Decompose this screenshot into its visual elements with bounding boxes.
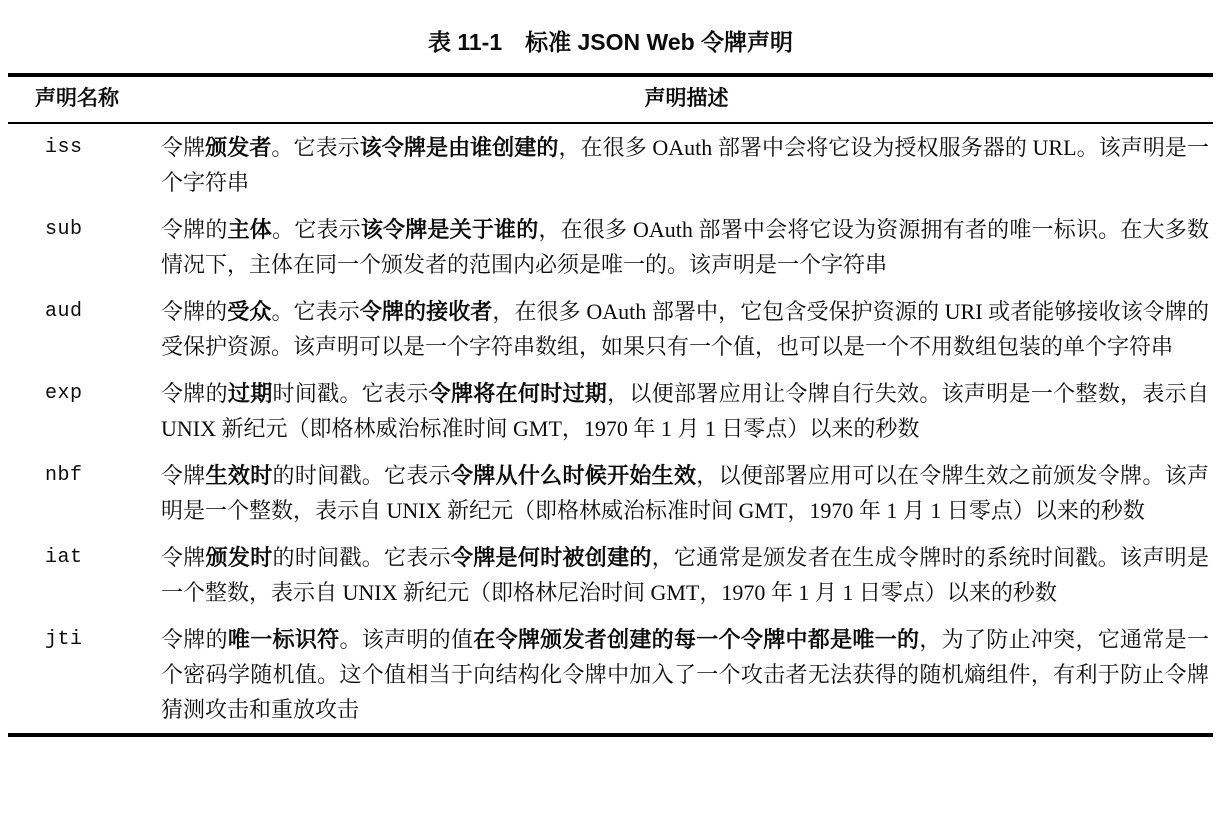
claim-desc-cell: 令牌的主体。它表示该令牌是关于谁的，在很多 OAuth 部署中会将它设为资源拥有… — [160, 206, 1213, 288]
desc-segment: 颁发者 — [205, 135, 271, 160]
claim-name-cell: iss — [8, 123, 160, 206]
header-claim-desc: 声明描述 — [160, 75, 1213, 123]
table-row: aud令牌的受众。它表示令牌的接收者，在很多 OAuth 部署中，它包含受保护资… — [8, 288, 1213, 370]
desc-segment: 。它表示 — [271, 135, 359, 160]
claim-desc-cell: 令牌颁发者。它表示该令牌是由谁创建的，在很多 OAuth 部署中会将它设为授权服… — [160, 123, 1213, 206]
desc-segment: 令牌的 — [161, 627, 228, 652]
desc-segment: 唯一标识符 — [228, 627, 340, 652]
claim-name-cell: sub — [8, 206, 160, 288]
desc-segment: 令牌从什么时候开始生效 — [451, 463, 696, 488]
table-row: jti令牌的唯一标识符。该声明的值在令牌颁发者创建的每一个令牌中都是唯一的，为了… — [8, 616, 1213, 735]
desc-segment: 令牌的 — [161, 381, 228, 406]
table-body: iss令牌颁发者。它表示该令牌是由谁创建的，在很多 OAuth 部署中会将它设为… — [8, 123, 1213, 735]
table-row: sub令牌的主体。它表示该令牌是关于谁的，在很多 OAuth 部署中会将它设为资… — [8, 206, 1213, 288]
desc-segment: 令牌的 — [161, 217, 228, 242]
desc-segment: 在令牌颁发者创建的每一个令牌中都是唯一的 — [473, 627, 919, 652]
claim-name-cell: nbf — [8, 452, 160, 534]
desc-segment: 。它表示 — [271, 299, 359, 324]
claim-desc-cell: 令牌颁发时的时间戳。它表示令牌是何时被创建的，它通常是颁发者在生成令牌时的系统时… — [160, 534, 1213, 616]
desc-segment: 生效时 — [206, 463, 273, 488]
header-claim-name: 声明名称 — [8, 75, 160, 123]
table-caption: 表 11-1 标准 JSON Web 令牌声明 — [0, 0, 1221, 57]
table-row: nbf令牌生效时的时间戳。它表示令牌从什么时候开始生效，以便部署应用可以在令牌生… — [8, 452, 1213, 534]
desc-segment: 颁发时 — [206, 545, 273, 570]
desc-segment: 受众 — [227, 299, 271, 324]
claim-desc-cell: 令牌的过期时间戳。它表示令牌将在何时过期，以便部署应用让令牌自行失效。该声明是一… — [160, 370, 1213, 452]
table-row: iss令牌颁发者。它表示该令牌是由谁创建的，在很多 OAuth 部署中会将它设为… — [8, 123, 1213, 206]
table-row: exp令牌的过期时间戳。它表示令牌将在何时过期，以便部署应用让令牌自行失效。该声… — [8, 370, 1213, 452]
desc-segment: 。该声明的值 — [339, 627, 473, 652]
claim-desc-cell: 令牌的受众。它表示令牌的接收者，在很多 OAuth 部署中，它包含受保护资源的 … — [160, 288, 1213, 370]
jwt-claims-table: 声明名称 声明描述 iss令牌颁发者。它表示该令牌是由谁创建的，在很多 OAut… — [8, 73, 1213, 737]
desc-segment: 的时间戳。它表示 — [273, 545, 451, 570]
book-page: 表 11-1 标准 JSON Web 令牌声明 声明名称 声明描述 iss令牌颁… — [0, 0, 1221, 824]
header-row: 声明名称 声明描述 — [8, 75, 1213, 123]
claim-desc-cell: 令牌生效时的时间戳。它表示令牌从什么时候开始生效，以便部署应用可以在令牌生效之前… — [160, 452, 1213, 534]
claim-name-cell: iat — [8, 534, 160, 616]
desc-segment: 令牌的接收者 — [360, 299, 493, 324]
desc-segment: 。它表示 — [272, 217, 361, 242]
desc-segment: 的时间戳。它表示 — [273, 463, 451, 488]
claim-name-cell: jti — [8, 616, 160, 735]
desc-segment: 该令牌是由谁创建的 — [360, 135, 559, 160]
claim-name-cell: exp — [8, 370, 160, 452]
claim-name-cell: aud — [8, 288, 160, 370]
desc-segment: 时间戳。它表示 — [273, 381, 429, 406]
claim-desc-cell: 令牌的唯一标识符。该声明的值在令牌颁发者创建的每一个令牌中都是唯一的，为了防止冲… — [160, 616, 1213, 735]
desc-segment: 令牌 — [161, 463, 206, 488]
desc-segment: 令牌是何时被创建的 — [451, 545, 652, 570]
desc-segment: 令牌将在何时过期 — [429, 381, 607, 406]
desc-segment: 令牌 — [161, 545, 206, 570]
desc-segment: 令牌 — [161, 135, 205, 160]
desc-segment: 令牌的 — [161, 299, 227, 324]
desc-segment: 主体 — [228, 217, 272, 242]
desc-segment: 该令牌是关于谁的 — [361, 217, 539, 242]
table-row: iat令牌颁发时的时间戳。它表示令牌是何时被创建的，它通常是颁发者在生成令牌时的… — [8, 534, 1213, 616]
desc-segment: 过期 — [228, 381, 273, 406]
